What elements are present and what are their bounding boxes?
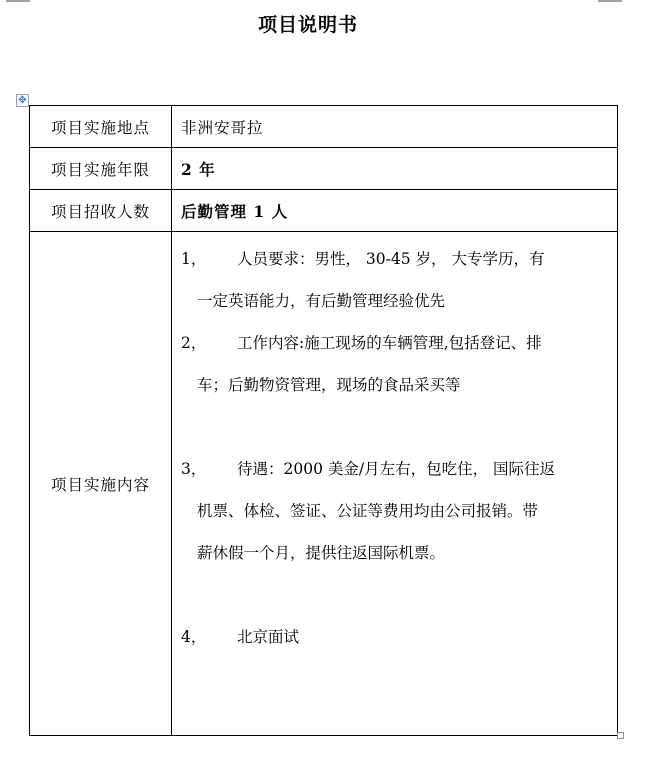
- item-number: 4，: [181, 616, 237, 658]
- table-move-handle-icon[interactable]: ✥: [16, 94, 29, 107]
- blank-line: [181, 574, 609, 616]
- list-item: 1，人员要求：男性， 30-45 岁， 大专学历，有 一定英语能力，有后勤管理经…: [181, 238, 609, 322]
- page-corner-mark-left: [6, 0, 30, 2]
- document-title: 项目说明书: [0, 10, 616, 37]
- table-resize-handle[interactable]: [617, 732, 624, 739]
- row-value-location: 非洲安哥拉: [172, 106, 618, 148]
- item-text: 薪休假一个月，提供往返国际机票。: [181, 532, 609, 574]
- item-number: 3，: [181, 448, 237, 490]
- item-text: 北京面试: [237, 628, 299, 646]
- item-text: 工作内容:施工现场的车辆管理,包括登记、排: [237, 334, 542, 352]
- item-text: 一定英语能力，有后勤管理经验优先: [181, 280, 609, 322]
- list-item: 2，工作内容:施工现场的车辆管理,包括登记、排 车；后勤物资管理，现场的食品采买…: [181, 322, 609, 406]
- table-row: 项目实施地点 非洲安哥拉: [30, 106, 618, 148]
- row-value-duration: 2 年: [172, 148, 618, 190]
- item-number: 2，: [181, 322, 237, 364]
- item-text: 车；后勤物资管理，现场的食品采买等: [181, 364, 609, 406]
- row-label-duration: 项目实施年限: [30, 148, 172, 190]
- item-text: 待遇：2000 美金/月左右，包吃住， 国际往返: [237, 460, 555, 478]
- row-label-headcount: 项目招收人数: [30, 190, 172, 232]
- list-item: 3，待遇：2000 美金/月左右，包吃住， 国际往返 机票、体检、签证、公证等费…: [181, 448, 609, 574]
- item-number: 1，: [181, 238, 237, 280]
- row-label-location: 项目实施地点: [30, 106, 172, 148]
- list-item: 4，北京面试: [181, 616, 609, 658]
- blank-line: [181, 406, 609, 448]
- row-value-headcount: 后勤管理 1 人: [172, 190, 618, 232]
- row-value-content: 1，人员要求：男性， 30-45 岁， 大专学历，有 一定英语能力，有后勤管理经…: [172, 232, 618, 736]
- page-corner-mark-right: [598, 0, 622, 2]
- item-text: 人员要求：男性， 30-45 岁， 大专学历，有: [237, 250, 544, 268]
- table-row: 项目实施内容 1，人员要求：男性， 30-45 岁， 大专学历，有 一定英语能力…: [30, 232, 618, 736]
- table-row: 项目招收人数 后勤管理 1 人: [30, 190, 618, 232]
- table-row: 项目实施年限 2 年: [30, 148, 618, 190]
- item-text: 机票、体检、签证、公证等费用均由公司报销。带: [181, 490, 609, 532]
- project-info-table: 项目实施地点 非洲安哥拉 项目实施年限 2 年 项目招收人数 后勤管理 1 人 …: [29, 105, 618, 736]
- row-label-content: 项目实施内容: [30, 232, 172, 736]
